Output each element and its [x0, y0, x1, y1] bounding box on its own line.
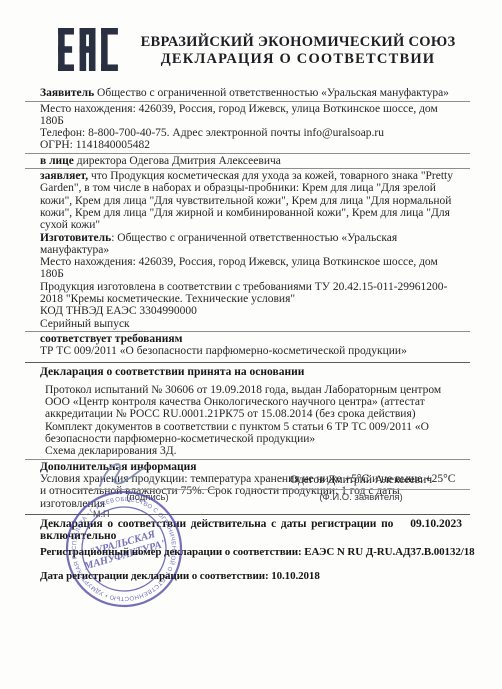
registration-date-row: Дата регистрации декларации о соответств…	[40, 570, 480, 582]
release-type: Серийный выпуск	[40, 318, 462, 330]
separator	[25, 362, 470, 363]
fio-line	[252, 489, 470, 490]
separator	[25, 153, 470, 154]
separator	[25, 101, 470, 102]
applicant-ogrn: ОГРН: 1141840005482	[40, 139, 462, 151]
tnved-code: КОД ТНВЭД ЕАЭС 3304990000	[40, 305, 462, 317]
separator	[25, 331, 470, 332]
registration-date-value: 10.10.2018	[271, 570, 320, 582]
in-person-label: в лице	[40, 155, 74, 167]
manufacturer-row: Изготовитель: Общество с ограниченной от…	[40, 232, 462, 257]
document-title: ДЕКЛАРАЦИЯ О СООТВЕТСТВИИ	[134, 51, 462, 68]
union-title: ЕВРАЗИЙСКИЙ ЭКОНОМИЧЕСКИЙ СОЮЗ	[134, 34, 462, 51]
declaration-document: ЕВРАЗИЙСКИЙ ЭКОНОМИЧЕСКИЙ СОЮЗ ДЕКЛАРАЦИ…	[0, 0, 502, 689]
in-person-text: директора Одегова Дмитрия Алексеевича	[77, 155, 281, 167]
declares-label: заявляет,	[40, 170, 88, 182]
basis-item-scheme: Схема декларирования 3Д.	[40, 445, 462, 457]
basis-heading: Декларация о соответствии принята на осн…	[40, 366, 462, 378]
separator	[25, 168, 470, 169]
applicant-fio: Одегов Дмитрий Алексеевич	[252, 474, 470, 486]
registration-number-value: ЕАЭС N RU Д-RU.АД37.В.00132/18	[304, 546, 474, 558]
applicant-row: Заявитель Общество с ограниченной ответс…	[40, 87, 462, 99]
compliance-heading: соответствует требованиям	[40, 333, 462, 345]
manufacturer-address: Место нахождения: 426039, Россия, город …	[40, 256, 462, 281]
applicant-contact: Телефон: 8-800-700-40-75. Адрес электрон…	[40, 127, 462, 139]
product-declaration: заявляет, что Продукция косметическая дл…	[40, 170, 462, 231]
regulation-text: ТР ТС 009/2011 «О безопасности парфюмерн…	[40, 345, 462, 357]
manufacturer-label: Изготовитель	[40, 232, 111, 244]
applicant-address: Место нахождения: 426039, Россия, город …	[40, 103, 462, 128]
eac-mark-icon	[58, 28, 118, 74]
in-person-row: в лице директора Одегова Дмитрия Алексее…	[40, 155, 462, 167]
applicant-label: Заявитель	[40, 87, 94, 99]
validity-date: 09.10.2023	[410, 518, 462, 530]
fio-caption: (Ф.И.О. заявителя)	[252, 492, 470, 504]
document-header: ЕВРАЗИЙСКИЙ ЭКОНОМИЧЕСКИЙ СОЮЗ ДЕКЛАРАЦИ…	[0, 0, 502, 74]
declares-text: что Продукция косметическая для ухода за…	[40, 170, 453, 231]
registration-number-row: Регистрационный номер декларации о соотв…	[40, 546, 480, 558]
document-body: Заявитель Общество с ограниченной ответс…	[0, 74, 502, 542]
basis-item-protocol: Протокол испытаний № 30606 от 19.09.2018…	[40, 384, 462, 421]
applicant-name: Общество с ограниченной ответственностью…	[97, 87, 449, 99]
tu-requirements: Продукция изготовлена в соответствии с т…	[40, 281, 462, 306]
basis-item-documents: Комплект документов в соответствии с пун…	[40, 421, 462, 446]
